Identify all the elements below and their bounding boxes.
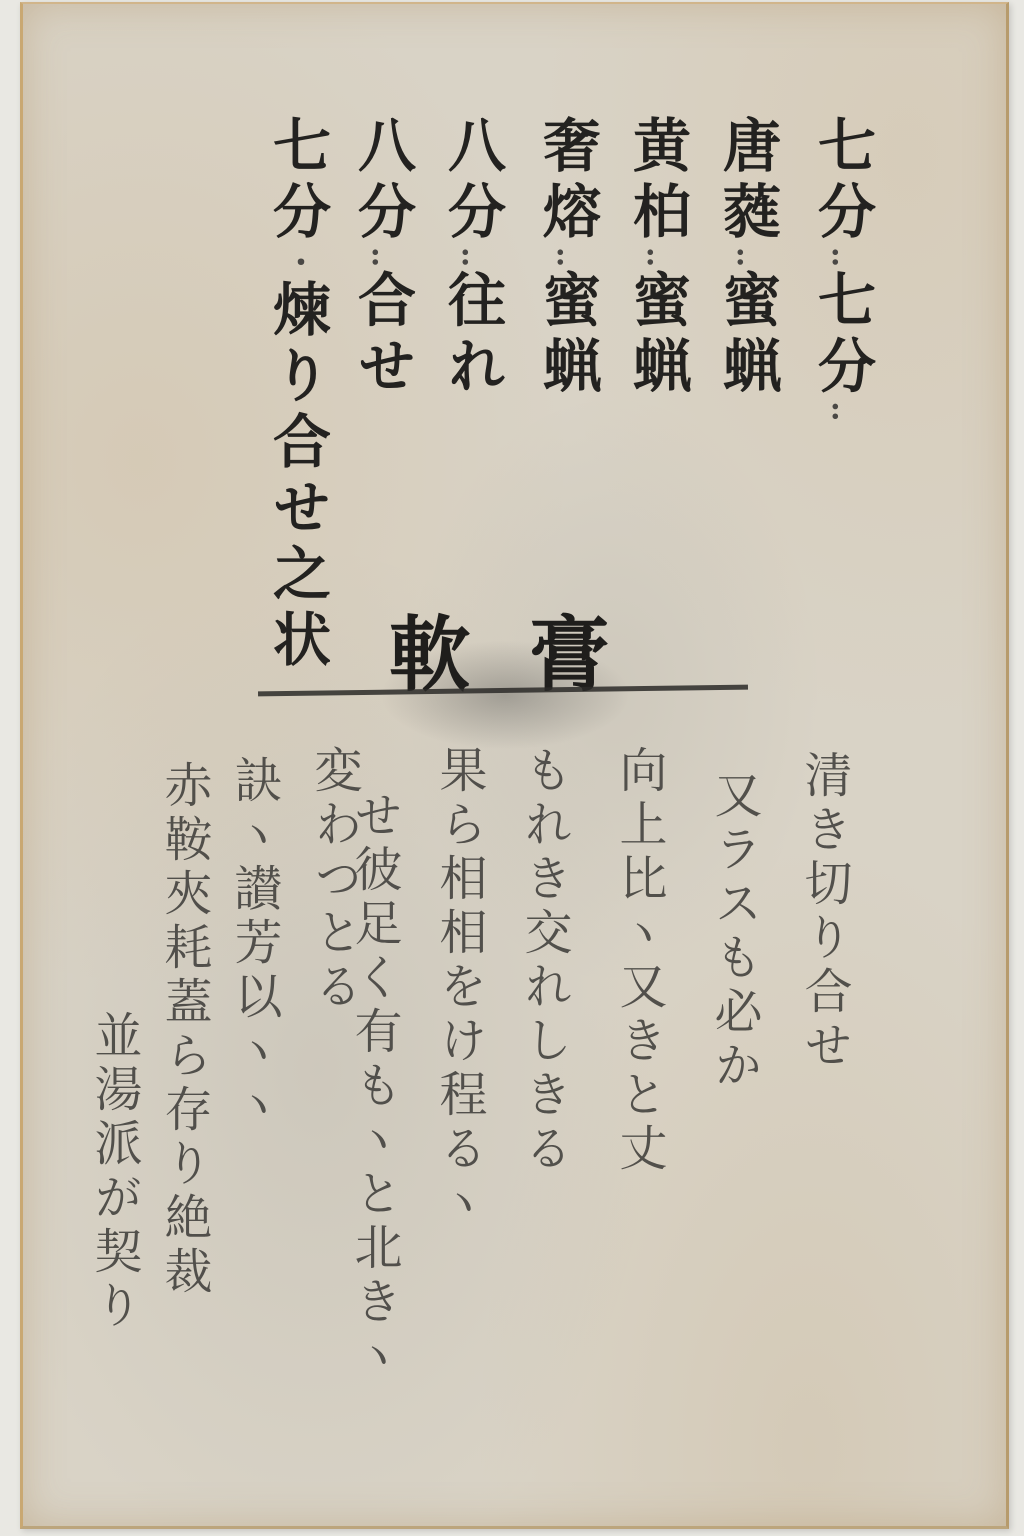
- ingredient-name: 黄柏: [623, 115, 691, 247]
- separator: ・: [280, 247, 315, 279]
- ingredient-name: 八分: [438, 115, 506, 247]
- instruction-line-5: 果ら相相をけ程るヽ: [425, 745, 494, 1231]
- ingredient-line-3: 黄柏‥蜜蝋: [615, 115, 699, 401]
- separator: ‥: [730, 247, 765, 269]
- separator: ‥: [365, 247, 400, 269]
- separator: ‥: [640, 247, 675, 269]
- separator: ‥: [825, 401, 860, 423]
- instruction-line-2: 又ラスも必か: [700, 770, 769, 1094]
- separator: ‥: [455, 247, 490, 269]
- ingredient-line-4: 奢熔‥蜜蝋: [525, 115, 609, 401]
- ingredient-qty: 合せ: [348, 269, 416, 401]
- ingredient-name: 八分: [348, 115, 416, 247]
- ingredient-qty: 往れ: [438, 269, 506, 401]
- ingredient-name: 奢熔: [533, 115, 601, 247]
- ingredient-name: 唐蕤: [713, 115, 781, 247]
- ingredient-line-5: 八分‥往れ: [430, 115, 514, 401]
- separator: ‥: [825, 247, 860, 269]
- instruction-line-3: 向上比ヽ又きと丈: [605, 745, 674, 1177]
- ingredient-qty: 蜜蝋: [713, 269, 781, 401]
- ingredient-qty: 七分: [808, 269, 876, 401]
- instruction-line-8: 訣ヽ讃芳以ヽヽ: [220, 755, 289, 1133]
- instruction-line-1: 清き切り合せ: [790, 750, 859, 1074]
- ingredient-name: 七分: [808, 115, 876, 247]
- ingredient-line-2: 唐蕤‥蜜蝋: [705, 115, 789, 401]
- instruction-line-7: 変わつとる: [300, 745, 369, 1015]
- instruction-line-10: 並湯派が契り: [80, 1010, 149, 1334]
- instruction-line-4: もれき交れしきる: [510, 745, 579, 1177]
- ingredient-line-6: 八分‥合せ: [340, 115, 424, 401]
- ingredient-name: 七分: [263, 115, 331, 247]
- ingredient-qty: 蜜蝋: [533, 269, 601, 401]
- ingredient-qty: 蜜蝋: [623, 269, 691, 401]
- separator: ‥: [550, 247, 585, 269]
- instruction-line-9: 赤鞍夾耗蓋ら存り絶裁: [150, 760, 219, 1300]
- ingredient-line-1: 七分‥七分‥: [800, 115, 884, 423]
